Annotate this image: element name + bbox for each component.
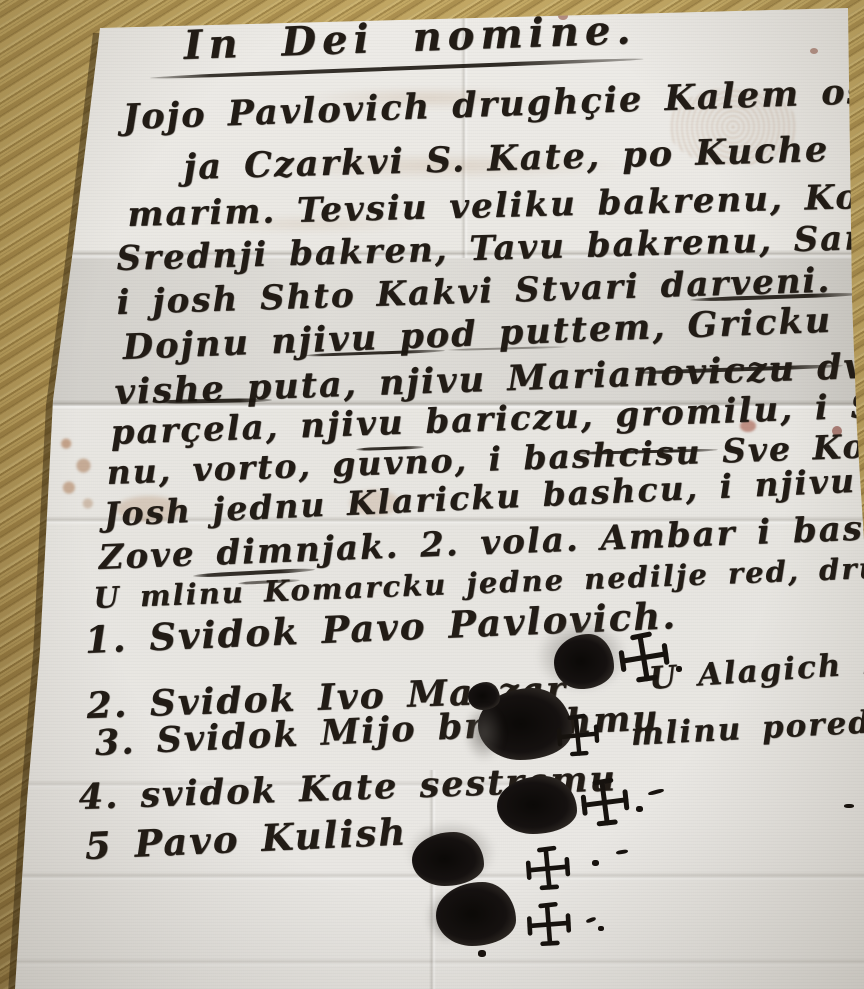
- manuscript-line-2: ja Czarkvi S. Kate, po Kuche u Ko.,: [183, 128, 864, 185]
- ink-blot: [436, 882, 516, 946]
- ink-dash: [616, 849, 629, 855]
- ink-dot: [636, 806, 643, 812]
- ink-blot: [497, 776, 577, 834]
- ink-dot: [676, 666, 682, 672]
- manuscript-line-1: Jojo Pavlovich drughçie Kalem ostav,: [122, 71, 864, 135]
- ink-dot: [478, 950, 486, 957]
- signature-cross-icon: [570, 773, 639, 831]
- ink-dash: [648, 788, 664, 796]
- signature-cross-icon: [609, 626, 680, 688]
- ink-dot: [592, 860, 599, 866]
- ink-layer: In Dei nomine. Jojo Pavlovich drughçie K…: [0, 0, 864, 989]
- ink-dash: [586, 916, 597, 923]
- signature-cross-icon: [516, 842, 579, 894]
- ink-dot: [598, 926, 604, 931]
- witness-line-5: 5 Pavo Kulish: [84, 813, 408, 865]
- signature-cross-icon: [546, 710, 609, 760]
- side-note-line-2: mlinu poreda.: [630, 706, 864, 751]
- signature-cross-icon: [519, 899, 579, 950]
- ink-blot: [412, 832, 484, 886]
- ink-dash: [844, 804, 854, 808]
- ink-blot: [554, 634, 614, 689]
- photo-stage: In Dei nomine. Jojo Pavlovich drughçie K…: [0, 0, 864, 989]
